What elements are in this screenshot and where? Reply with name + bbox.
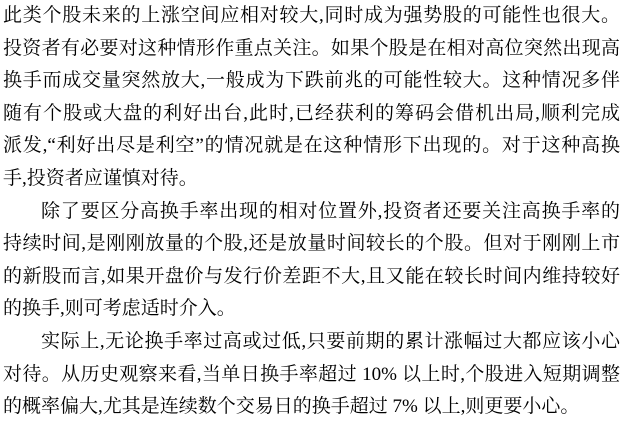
text-line: 此类个股未来的上涨空间应相对较大,同时成为强势股的可能性也很大。 — [3, 0, 620, 33]
text-line: 派发,“利好出尽是利空”的情况就是在这种情形下出现的。对于这种高换 — [3, 130, 620, 163]
text-line: 投资者有必要对这种情形作重点关注。如果个股是在相对高位突然出现高 — [3, 33, 620, 66]
text-line: 手,投资者应谨慎对待。 — [3, 163, 620, 196]
text-line: 的新股而言,如果开盘价与发行价差距不大,且又能在较长时间内维持较好 — [3, 261, 620, 294]
paragraph: 此类个股未来的上涨空间应相对较大,同时成为强势股的可能性也很大。 投资者有必要对… — [3, 0, 620, 196]
text-line: 的换手,则可考虑适时介入。 — [3, 293, 620, 326]
text-line: 对待。从历史观察来看,当单日换手率超过 10% 以上时,个股进入短期调整 — [3, 359, 620, 392]
text-line: 持续时间,是刚刚放量的个股,还是放量时间较长的个股。但对于刚刚上市 — [3, 228, 620, 261]
paragraph: 除了要区分高换手率出现的相对位置外,投资者还要关注高换手率的 持续时间,是刚刚放… — [3, 196, 620, 326]
text-line: 除了要区分高换手率出现的相对位置外,投资者还要关注高换手率的 — [3, 196, 620, 229]
document-page: 此类个股未来的上涨空间应相对较大,同时成为强势股的可能性也很大。 投资者有必要对… — [0, 0, 622, 424]
text-line: 随有个股或大盘的利好出台,此时,已经获利的筹码会借机出局,顺利完成 — [3, 98, 620, 131]
text-line: 实际上,无论换手率过高或过低,只要前期的累计涨幅过大都应该小心 — [3, 326, 620, 359]
paragraph: 实际上,无论换手率过高或过低,只要前期的累计涨幅过大都应该小心 对待。从历史观察… — [3, 326, 620, 424]
text-line: 换手而成交量突然放大,一般成为下跌前兆的可能性较大。这种情况多伴 — [3, 65, 620, 98]
text-line: 的概率偏大,尤其是连续数个交易日的换手超过 7% 以上,则更要小心。 — [3, 391, 620, 424]
